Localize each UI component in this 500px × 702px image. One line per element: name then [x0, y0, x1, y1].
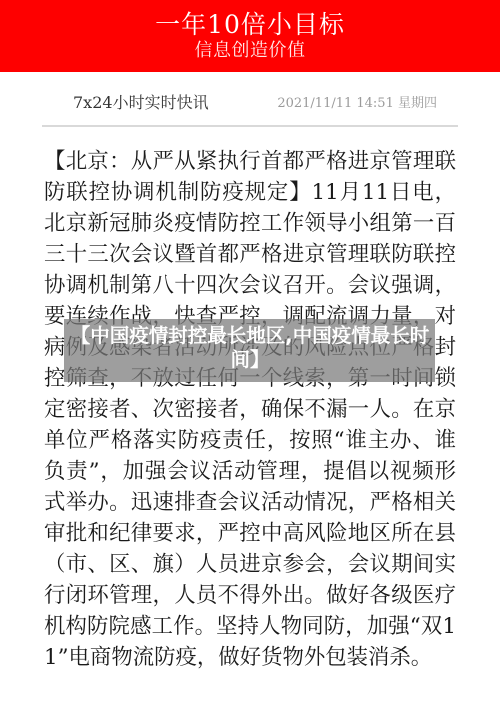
news-source-label: 7x24小时实时快讯 — [73, 92, 209, 114]
meta-divider — [42, 125, 458, 127]
publish-datetime: 2021/11/11 14:51 星期四 — [277, 94, 437, 114]
article-paragraph: 【北京：从严从紧执行首都严格进京管理联防联控协调机制防疫规定】11月11日电，北… — [44, 146, 456, 673]
caption-overlay-text: 【中国疫情封控最长地区,中国疫情最长时间】 — [70, 324, 430, 372]
article-meta: 7x24小时实时快讯 2021/11/11 14:51 星期四 — [0, 90, 500, 116]
article-body: 【北京：从严从紧执行首都严格进京管理联防联控协调机制防疫规定】11月11日电，北… — [44, 146, 456, 673]
site-slogan: 信息创造价值 — [0, 40, 500, 62]
site-title: 一年10倍小目标 — [0, 10, 500, 40]
site-banner: 一年10倍小目标 信息创造价值 — [0, 0, 500, 72]
